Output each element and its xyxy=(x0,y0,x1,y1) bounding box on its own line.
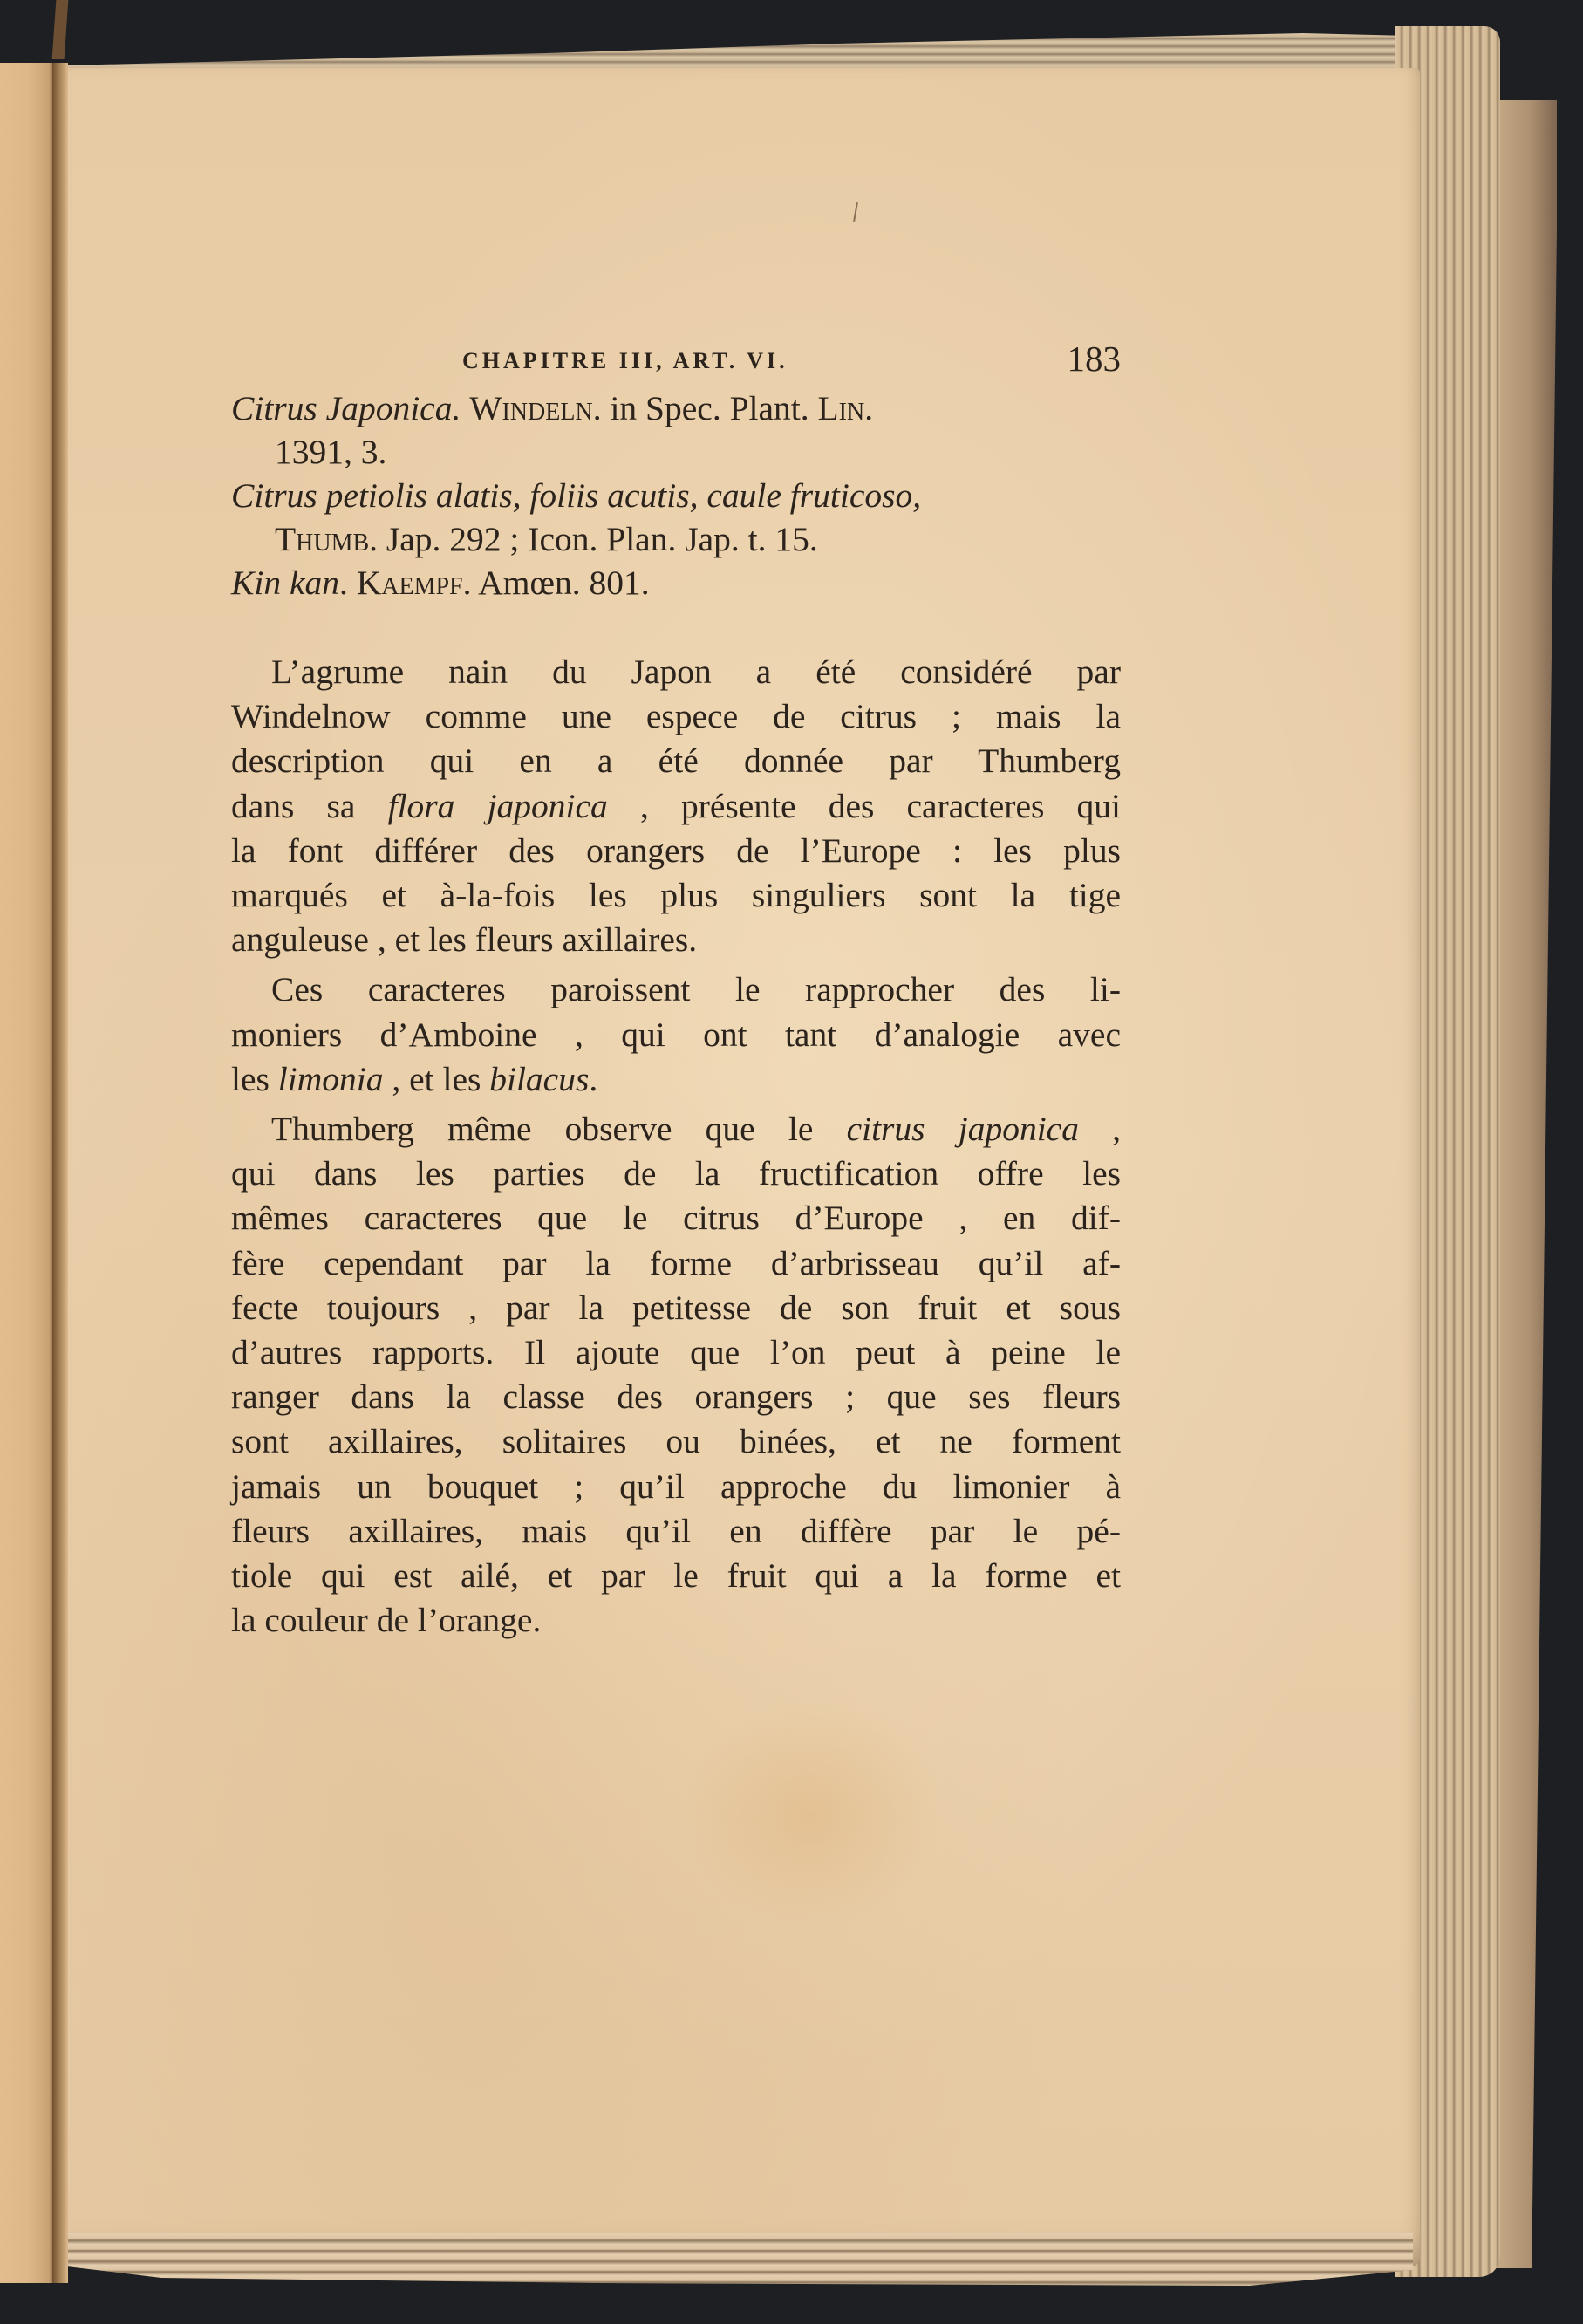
synonymy-text: 1391, 3. xyxy=(275,433,386,471)
synonymy-text: Citrus petiolis alatis, foliis acutis, c… xyxy=(231,476,921,515)
text-line: tiole qui est ailé, et par le fruit qui … xyxy=(231,1554,1121,1598)
synonymy-line: Citrus Japonica. Windeln. in Spec. Plant… xyxy=(231,386,1121,430)
text-line: d’autres rapports. Il ajoute que l’on pe… xyxy=(231,1330,1121,1375)
text-line: mêmes caracteres que le citrus d’Europe … xyxy=(231,1196,1121,1241)
text-line: jamais un bouquet ; qu’il approche du li… xyxy=(231,1465,1121,1509)
foxing-stain xyxy=(680,1701,942,1928)
body-text: L’agrume nain du Japon a été considéré p… xyxy=(231,650,1121,1643)
text-line: les limonia , et les bilacus. xyxy=(231,1057,1121,1102)
text-line: Thumberg même observe que le citrus japo… xyxy=(231,1107,1121,1152)
paragraph: Thumberg même observe que le citrus japo… xyxy=(231,1107,1121,1643)
synonymy-list: Citrus Japonica. Windeln. in Spec. Plant… xyxy=(231,386,1121,605)
text-line: fère cependant par la forme d’arbrisseau… xyxy=(231,1241,1121,1286)
text-line: marqués et à-la-fois les plus singuliers… xyxy=(231,873,1121,918)
synonymy-text: Kaempf xyxy=(357,564,463,602)
chapter-heading: CHAPITRE III, ART. VI. xyxy=(462,348,788,374)
text-line: la couleur de l’orange. xyxy=(231,1598,1121,1643)
synonymy-line: Thumb. Jap. 292 ; Icon. Plan. Jap. t. 15… xyxy=(231,517,1121,561)
text-line: qui dans les parties de la fructificatio… xyxy=(231,1152,1121,1196)
synonymy-text: Kin kan xyxy=(231,564,339,602)
running-head: CHAPITRE III, ART. VI. 183 xyxy=(231,334,1121,379)
text-line: description qui en a été donnée par Thum… xyxy=(231,739,1121,783)
synonymy-text: Thumb xyxy=(275,520,369,558)
page-number: 183 xyxy=(1068,338,1122,379)
synonymy-text: . in Spec. Plant. xyxy=(593,389,818,427)
bookmark-ribbon xyxy=(52,0,69,59)
synonymy-text: Lin xyxy=(818,389,865,427)
text-line: sont axillaires, solitaires ou binées, e… xyxy=(231,1419,1121,1464)
text-line: dans sa flora japonica , présente des ca… xyxy=(231,784,1121,829)
text-line: la font différer des orangers de l’Europ… xyxy=(231,829,1121,873)
text-line: fecte toujours , par la petitesse de son… xyxy=(231,1286,1121,1330)
text-line: L’agrume nain du Japon a été considéré p… xyxy=(231,650,1121,694)
synonymy-line: Citrus petiolis alatis, foliis acutis, c… xyxy=(231,474,1121,517)
paragraph: L’agrume nain du Japon a été considéré p… xyxy=(231,650,1121,962)
text-line: fleurs axillaires, mais qu’il en diffère… xyxy=(231,1509,1121,1554)
text-line: moniers d’Amboine , qui ont tant d’analo… xyxy=(231,1013,1121,1057)
previous-page xyxy=(0,63,59,2283)
text-line: Windelnow comme une espece de citrus ; m… xyxy=(231,694,1121,739)
page-text: CHAPITRE III, ART. VI. 183 Citrus Japoni… xyxy=(231,334,1121,1648)
text-line: Ces caracteres paroissent le rapprocher … xyxy=(231,967,1121,1012)
book-gutter xyxy=(52,63,68,2283)
synonymy-text: . Amœn. 801. xyxy=(463,564,650,602)
text-line: anguleuse , et les fleurs axillaires. xyxy=(231,918,1121,962)
paragraph: Ces caracteres paroissent le rapprocher … xyxy=(231,967,1121,1102)
synonymy-text: Windeln xyxy=(469,389,592,427)
text-line: ranger dans la classe des orangers ; que… xyxy=(231,1375,1121,1419)
page-block-bottom-edge xyxy=(52,2233,1413,2286)
synonymy-line: Kin kan. Kaempf. Amœn. 801. xyxy=(231,561,1121,605)
synonymy-text: . xyxy=(864,389,873,427)
synonymy-text: Citrus Japonica. xyxy=(231,389,461,427)
synonymy-text: . xyxy=(339,564,357,602)
synonymy-line: 1391, 3. xyxy=(231,430,1121,474)
synonymy-text: . Jap. 292 ; Icon. Plan. Jap. t. 15. xyxy=(369,520,818,558)
synonymy-text xyxy=(461,389,469,427)
